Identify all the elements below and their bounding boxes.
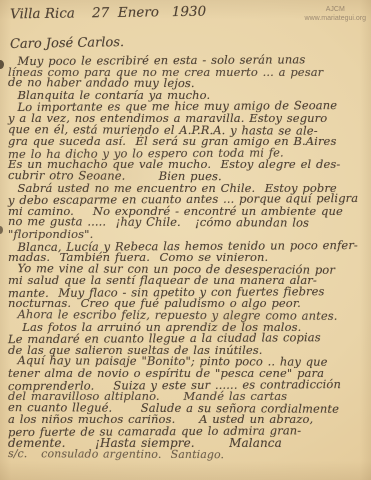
letter-line: s/c. consulado argentino. Santiago. bbox=[8, 448, 370, 461]
letter-line: y debo escaparme en cuanto antes ... por… bbox=[8, 193, 370, 207]
paper-stain bbox=[190, 300, 280, 340]
letter-body: Muy poco le escribiré en esta - solo ser… bbox=[8, 55, 370, 461]
paper-stain bbox=[40, 150, 160, 200]
watermark-url: www.mariategui.org bbox=[305, 15, 366, 24]
scan-artifact bbox=[0, 226, 3, 234]
letter-line: no me gusta ..... ¡hay Chile. ¡cómo abun… bbox=[8, 216, 370, 229]
letter-line: Yo me vine al sur con un poco de desespe… bbox=[8, 263, 370, 276]
watermark-acronym: AJCM bbox=[305, 6, 366, 15]
letter-line: de no haber andado muy lejos. bbox=[8, 77, 370, 90]
letter-line: Ahora le escribo feliz, repuesto y alegr… bbox=[8, 309, 370, 322]
archive-watermark: AJCM www.mariategui.org bbox=[305, 5, 366, 24]
letter-line: que en él, está muriendo el A.P.R.A. y h… bbox=[8, 124, 370, 137]
letter-line: Muy poco le escribiré en esta - solo ser… bbox=[8, 54, 370, 68]
letter-line: Le mandaré en cuanto llegue a la ciudad … bbox=[8, 332, 370, 346]
letter-header: Villa Rica 27 Enero 1930 AJCM www.mariat… bbox=[10, 5, 366, 24]
letter-page: Villa Rica 27 Enero 1930 AJCM www.mariat… bbox=[0, 0, 371, 480]
letter-greeting: Caro José Carlos. bbox=[10, 35, 124, 52]
letter-line: Aquí hay un paisaje "Bonito"; pinto poco… bbox=[8, 355, 370, 368]
letter-line: en cuanto llegué. Salude a su señora cor… bbox=[8, 402, 370, 415]
letter-line: mante. Muy flaco - sin apetito y con fue… bbox=[8, 286, 370, 300]
letter-line: Lo importante es que me hice muy amigo d… bbox=[8, 100, 370, 114]
letter-line: Blanca, Lucía y Rebeca las hemos tenido … bbox=[8, 239, 370, 253]
letter-line: comprenderlo. Suiza y este sur ...... es… bbox=[8, 379, 370, 393]
letter-place-date: Villa Rica 27 Enero 1930 bbox=[10, 4, 206, 23]
scan-artifact bbox=[0, 60, 4, 69]
letter-line: pero fuerte de su camarada que lo admira… bbox=[8, 425, 370, 439]
